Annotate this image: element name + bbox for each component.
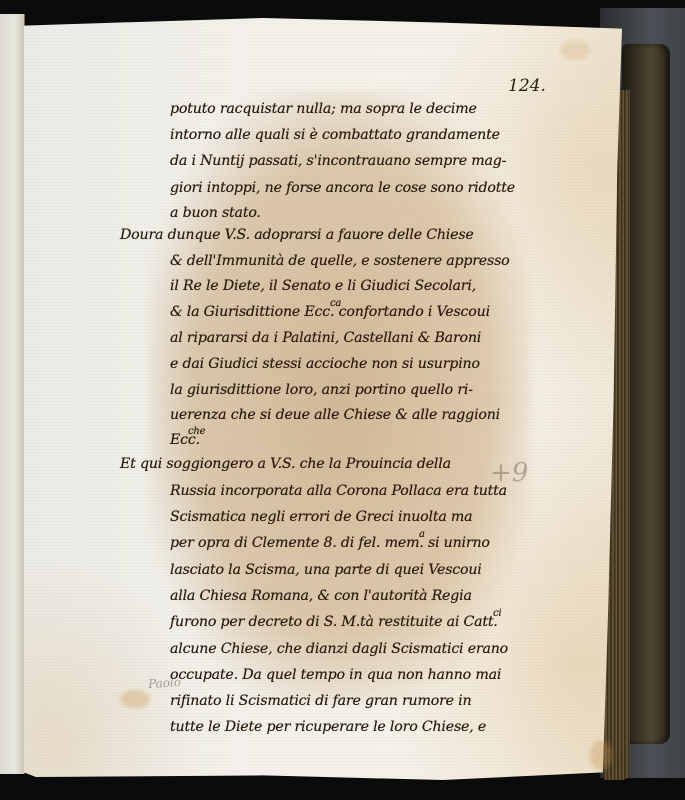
abbreviation-superscript: ci	[493, 603, 501, 625]
manuscript-scan: 124. +9 Paolo potuto racquistar nulla; m…	[0, 0, 685, 800]
manuscript-line: il Re le Diete, il Senato e li Giudici S…	[170, 275, 476, 297]
manuscript-line: rifinato li Scismatici di fare gran rumo…	[170, 690, 471, 712]
manuscript-line: e dai Giudici stessi accioche non si usu…	[170, 353, 480, 375]
manuscript-line: alla Chiesa Romana, & con l'autorità Reg…	[170, 585, 472, 607]
foxing-stain	[120, 690, 150, 708]
manuscript-line: lasciato la Scisma, una parte di quei Ve…	[170, 559, 482, 581]
previous-leaf	[0, 14, 25, 774]
abbreviation-superscript: a	[419, 524, 425, 546]
manuscript-line: uerenza che si deue alle Chiese & alle r…	[170, 404, 500, 426]
manuscript-line: furono per decreto di S. M.tà restituite…	[170, 611, 498, 633]
manuscript-line: Doura dunque V.S. adoprarsi a fauore del…	[120, 224, 474, 246]
manuscript-line: Russia incorporata alla Corona Pollaca e…	[170, 480, 507, 502]
manuscript-line: al ripararsi da i Palatini, Castellani &…	[170, 327, 481, 349]
manuscript-line: a buon stato.	[170, 202, 261, 224]
manuscript-line: & la Giurisdittione Ecc. confortando i V…	[170, 301, 490, 323]
manuscript-line: Ecc. che	[170, 429, 200, 451]
manuscript-line: alcune Chiese, che dianzi dagli Scismati…	[170, 638, 508, 660]
manuscript-line: da i Nuntij passati, s'incontrauano semp…	[170, 150, 506, 172]
foxing-stain	[590, 740, 612, 770]
manuscript-line: per opra di Clemente 8. di fel. mem. si …	[170, 532, 490, 554]
manuscript-line: occupate. Da quel tempo in qua non hanno…	[170, 664, 501, 686]
manuscript-line: Et qui soggiongero a V.S. che la Prouinc…	[120, 453, 451, 475]
manuscript-line: potuto racquistar nulla; ma sopra le dec…	[170, 98, 477, 120]
manuscript-line: intorno alle quali si è combattato grand…	[170, 124, 500, 146]
abbreviation-superscript: che	[188, 421, 205, 443]
manuscript-line: tutte le Diete per ricuperare le loro Ch…	[170, 716, 486, 738]
manuscript-line: Scismatica negli errori de Greci inuolta…	[170, 506, 472, 528]
foxing-stain	[560, 40, 590, 60]
manuscript-line: la giurisdittione loro, anzi portino que…	[170, 379, 473, 401]
abbreviation-superscript: ca	[330, 293, 341, 315]
manuscript-line: giori intoppi, ne forse ancora le cose s…	[170, 177, 515, 199]
manuscript-line: & dell'Immunità de quelle, e sostenere a…	[170, 250, 510, 272]
